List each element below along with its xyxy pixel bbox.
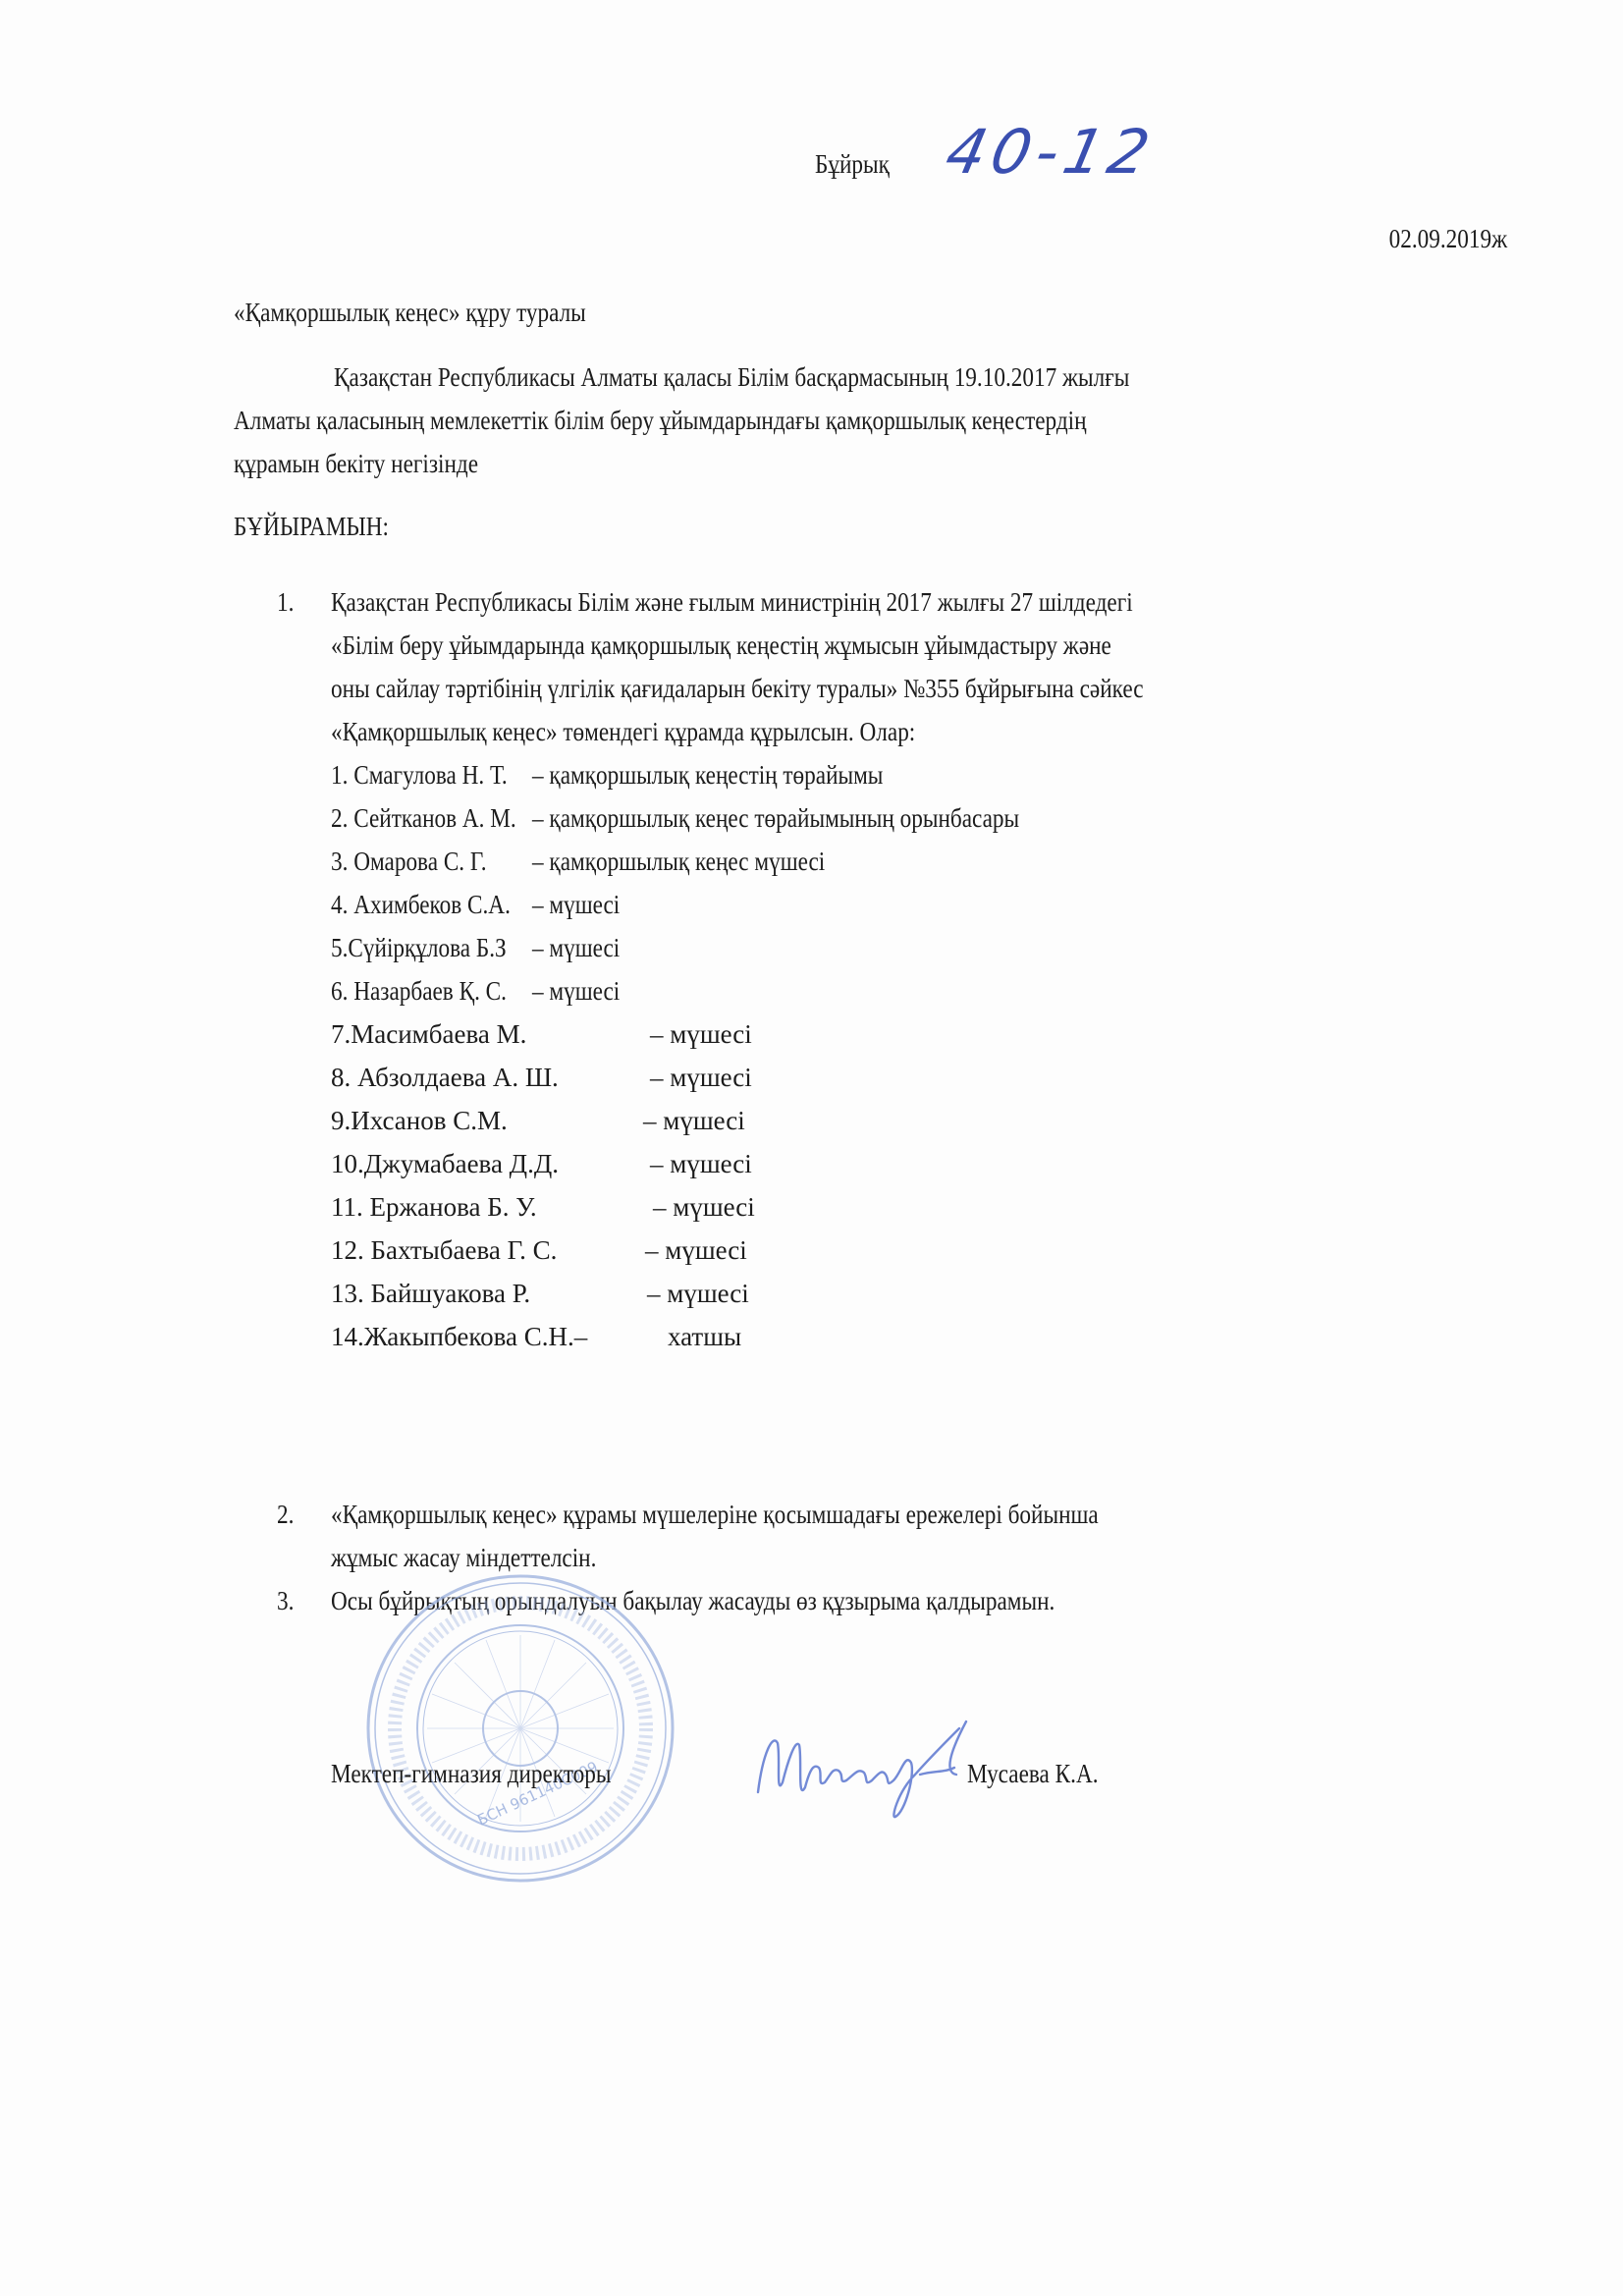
item-line: «Қамқоршылық кеңес» төмендегі құрамда құ… <box>331 717 915 746</box>
member-role: – мүшесі <box>650 1149 752 1178</box>
member-role: – мүшесі <box>643 1106 745 1135</box>
preamble-line: Алматы қаласының мемлекеттік білім беру … <box>234 406 1087 435</box>
member-name: 5.Сүйірқұлова Б.З <box>331 933 507 962</box>
member-name: 3. Омарова С. Г. <box>331 847 487 876</box>
document-type-heading: Бұйрық <box>815 149 890 179</box>
member-name: 14.Жакыпбекова С.Н.– <box>331 1322 587 1351</box>
member-role: – мүшесі <box>645 1235 747 1265</box>
member-name: 10.Джумабаева Д.Д. <box>331 1149 559 1178</box>
member-role: – мүшесі <box>653 1192 755 1222</box>
item-line: Осы бұйрықтың орындалуын бақылау жасауды… <box>331 1586 1055 1615</box>
member-name: 7.Масимбаева М. <box>331 1019 526 1049</box>
member-name: 8. Абзолдаева А. Ш. <box>331 1063 559 1092</box>
item-line: «Қамқоршылық кеңес» құрамы мүшелеріне қо… <box>331 1500 1099 1529</box>
member-name: 13. Байшуакова Р. <box>331 1279 530 1308</box>
member-name: 12. Бахтыбаева Г. С. <box>331 1235 557 1265</box>
item-number: 3. <box>277 1586 294 1615</box>
document-date: 02.09.2019ж <box>1388 224 1507 253</box>
order-heading: БҰЙЫРАМЫН: <box>234 512 389 541</box>
member-role: – мүшесі <box>532 976 620 1006</box>
item-line: Қазақстан Республикасы Білім және ғылым … <box>331 587 1133 617</box>
item-line: оны сайлау тәртібінің үлгілік қағидалары… <box>331 674 1144 703</box>
item-number: 2. <box>277 1500 294 1529</box>
member-role: – мүшесі <box>532 933 620 962</box>
member-role: – қамқоршылық кеңестің төрайымы <box>532 760 883 790</box>
member-name: 2. Сейтканов А. М. <box>331 803 516 833</box>
item-number: 1. <box>277 587 294 617</box>
member-role: – мүшесі <box>532 890 620 919</box>
document-title: «Қамқоршылық кеңес» құру туралы <box>234 298 586 327</box>
member-role: – мүшесі <box>647 1279 749 1308</box>
member-role: – мүшесі <box>650 1063 752 1092</box>
member-name: 4. Ахимбеков С.А. <box>331 890 511 919</box>
member-role: – қамқоршылық кеңес төрайымының орынбаса… <box>532 803 1019 833</box>
member-role: – мүшесі <box>650 1019 752 1049</box>
item-line: «Білім беру ұйымдарында қамқоршылық кеңе… <box>331 630 1111 660</box>
preamble-line: құрамын бекіту негізінде <box>234 449 478 478</box>
member-name: 9.Ихсанов С.М. <box>331 1106 508 1135</box>
handwritten-signature-icon <box>748 1714 1003 1822</box>
preamble-line: Қазақстан Республикасы Алматы қаласы Біл… <box>334 362 1129 392</box>
member-role: хатшы <box>668 1322 741 1351</box>
document-page: Бұйрық 40-12 02.09.2019ж «Қамқоршылық ке… <box>0 0 1623 2296</box>
signatory-name: Мусаева К.А. <box>967 1759 1099 1788</box>
member-name: 6. Назарбаев Қ. С. <box>331 976 507 1006</box>
item-line: жұмыс жасау міндеттелсін. <box>331 1543 596 1572</box>
member-name: 11. Ержанова Б. У. <box>331 1192 537 1222</box>
signatory-position: Мектеп-гимназия директоры <box>331 1759 611 1788</box>
handwritten-order-number: 40-12 <box>940 116 1162 188</box>
member-role: – қамқоршылық кеңес мүшесі <box>532 847 825 876</box>
member-name: 1. Смагулова Н. Т. <box>331 760 508 790</box>
